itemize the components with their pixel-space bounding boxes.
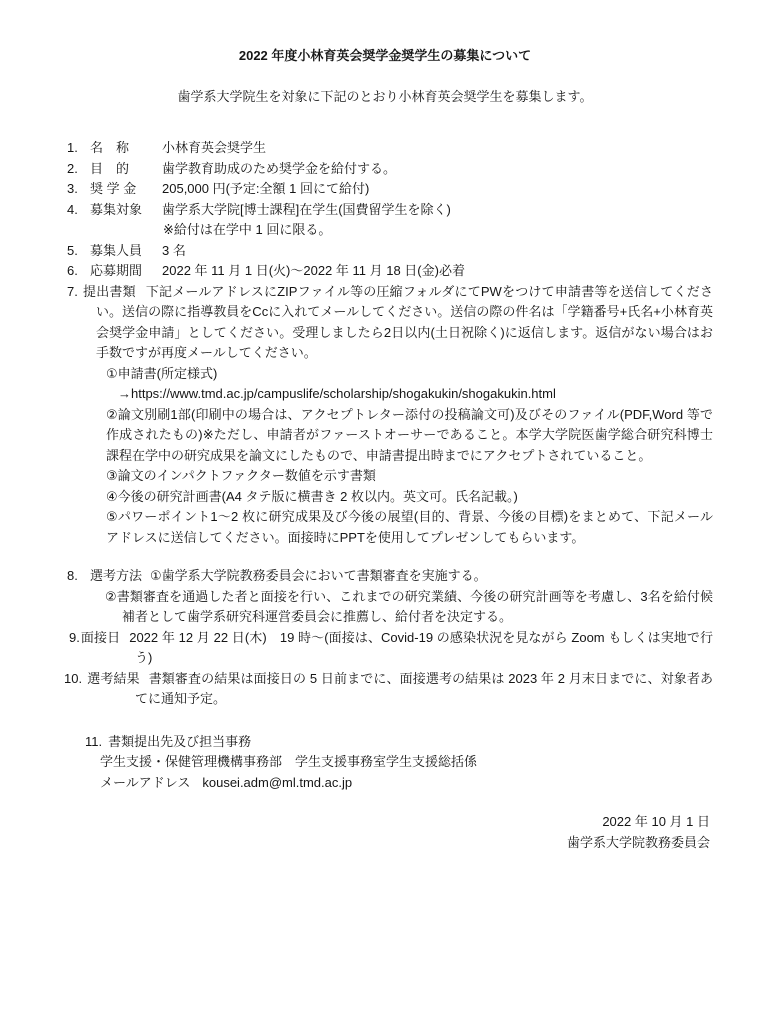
footer-committee: 歯学系大学院教務委員会	[0, 833, 710, 854]
item-quota-row: 5. 募集人員 3 名	[0, 241, 770, 262]
item-value: 書類審査の結果は面接日の 5 日前までに、面接選考の結果は 2023 年 2 月…	[135, 671, 713, 707]
item-label: 面接日	[81, 630, 120, 645]
item-stipend-row: 3. 奨 学 金 205,000 円(予定:全額 1 回にて給付)	[0, 179, 770, 200]
item-name-row: 1. 名 称 小林育英会奨学生	[0, 138, 770, 159]
item-value: 小林育英会奨学生	[162, 138, 713, 159]
item-number: 7.	[67, 284, 78, 299]
item-value: 2022 年 11 月 1 日(火)～2022 年 11 月 18 日(金)必着	[162, 261, 713, 282]
item-number: 8.	[67, 566, 90, 587]
item-number: 5.	[67, 241, 90, 262]
email-address: kousei.adm@ml.tmd.ac.jp	[202, 775, 352, 790]
item-label: 書類提出先及び担当事務	[108, 734, 251, 749]
scholarship-url: →https://www.tmd.ac.jp/campuslife/schola…	[118, 384, 713, 405]
item-purpose-row: 2. 目 的 歯学教育助成のため奨学金を給付する。	[0, 159, 770, 180]
item-number: 11.	[85, 734, 102, 749]
item-number: 6.	[67, 261, 90, 282]
item-selection-results-paragraph: 10.選考結果書類審査の結果は面接日の 5 日前までに、面接選考の結果は 202…	[135, 669, 713, 710]
contact-office-line: 学生支援・保健管理機構事務部 学生支援事務室学生支援総括係	[0, 752, 770, 773]
item-selection-method-row: 8. 選考方法 ①歯学系大学院教務委員会において書類審査を実施する。	[0, 566, 770, 587]
item-label: 募集人員	[90, 241, 148, 262]
document-title: 2022 年度小林育英会奨学金奨学生の募集について	[0, 46, 770, 67]
item-period-row: 6. 応募期間 2022 年 11 月 1 日(火)～2022 年 11 月 1…	[0, 261, 770, 282]
attachment-paper-reprint: ②論文別刷1部(印刷中の場合は、アクセプトレター添付の投稿論文可)及びそのファイ…	[106, 405, 713, 467]
item-label: 名 称	[90, 138, 148, 159]
attachment-impact-factor: ③論文のインパクトファクター数値を示す書類	[106, 466, 713, 487]
document-intro: 歯学系大学院生を対象に下記のとおり小林育英会奨学生を募集します。	[0, 87, 770, 108]
attachment-research-plan: ④今後の研究計画書(A4 タテ版に横書き 2 枚以内。英文可。氏名記載。)	[106, 487, 713, 508]
document-page: 2022 年度小林育英会奨学金奨学生の募集について 歯学系大学院生を対象に下記の…	[0, 0, 770, 1024]
item-value: 2022 年 12 月 22 日(木) 19 時～(面接は、Covid-19 の…	[129, 630, 713, 666]
selection-step-2: ②書類審査を通過した者と面接を行い、これまでの研究業績、今後の研究計画等を考慮し…	[122, 587, 713, 628]
selection-step-1: ①歯学系大学院教務委員会において書類審査を実施する。	[150, 566, 713, 587]
item-label: 目 的	[90, 159, 148, 180]
item-contact-row: 11.書類提出先及び担当事務	[0, 732, 770, 753]
attachment-powerpoint: ⑤パワーポイント1～2 枚に研究成果及び今後の展望(目的、背景、今後の目標)をま…	[106, 507, 713, 548]
item-value: 3 名	[162, 241, 713, 262]
item-number: 2.	[67, 159, 90, 180]
item-number: 4.	[67, 200, 90, 221]
item-label: 奨 学 金	[90, 179, 148, 200]
item-label: 募集対象	[90, 200, 148, 221]
item-value: 歯学教育助成のため奨学金を給付する。	[162, 159, 713, 180]
items-list: 1. 名 称 小林育英会奨学生 2. 目 的 歯学教育助成のため奨学金を給付する…	[0, 138, 770, 793]
document-footer: 2022 年 10 月 1 日 歯学系大学院教務委員会	[0, 812, 770, 853]
item-label: 選考結果	[87, 671, 140, 686]
contact-email-line: メールアドレスkousei.adm@ml.tmd.ac.jp	[0, 773, 770, 794]
item-value: 205,000 円(予定:全額 1 回にて給付)	[162, 179, 713, 200]
item-eligibility-row: 4. 募集対象 歯学系大学院[博士課程]在学生(国費留学生を除く)	[0, 200, 770, 221]
footer-date: 2022 年 10 月 1 日	[0, 812, 710, 833]
item-label: 提出書類	[83, 284, 136, 299]
item-interview-date-paragraph: 9.面接日2022 年 12 月 22 日(木) 19 時～(面接は、Covid…	[135, 628, 713, 669]
email-label: メールアドレス	[100, 775, 190, 790]
item-eligibility-note: ※給付は在学中 1 回に限る。	[0, 220, 770, 241]
attachment-application-form: ①申請書(所定様式)	[106, 364, 713, 385]
item-value: 歯学系大学院[博士課程]在学生(国費留学生を除く)	[162, 200, 713, 221]
item-number: 3.	[67, 179, 90, 200]
item-documents-paragraph: 7.提出書類下記メールアドレスにZIPファイル等の圧縮フォルダにてPWをつけて申…	[96, 282, 713, 364]
item-value: 下記メールアドレスにZIPファイル等の圧縮フォルダにてPWをつけて申請書等を送信…	[96, 284, 713, 361]
item-number: 1.	[67, 138, 90, 159]
item-label: 応募期間	[90, 261, 148, 282]
item-number: 9.	[69, 630, 80, 645]
item-number: 10.	[64, 671, 82, 686]
item-label: 選考方法	[90, 566, 142, 587]
